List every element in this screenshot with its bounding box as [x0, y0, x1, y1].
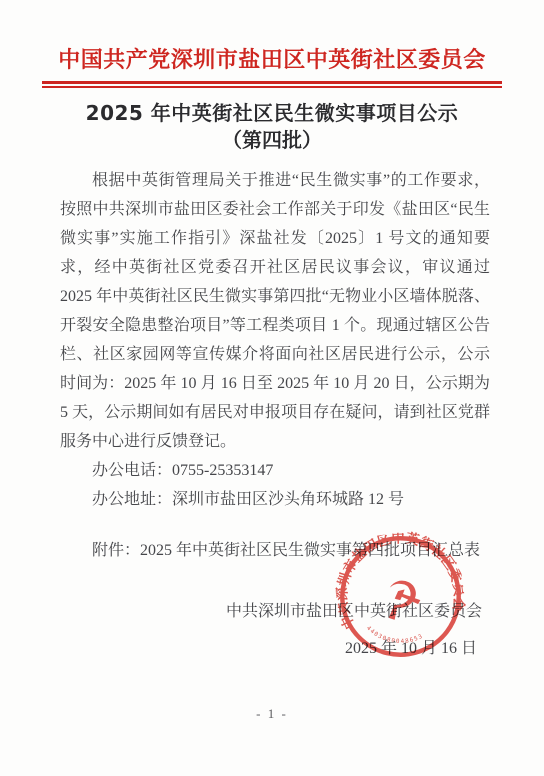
office-phone-value: 0755-25353147: [172, 462, 273, 479]
notice-subtitle: （第四批）: [0, 127, 544, 154]
office-address-value: 深圳市盐田区沙头角环城路 12 号: [172, 491, 404, 508]
office-address-line: 办公地址：深圳市盐田区沙头角环城路 12 号: [60, 485, 490, 514]
page-number: - 1 -: [0, 706, 544, 722]
org-header-title: 中国共产党深圳市盐田区中英街社区委员会: [0, 0, 544, 75]
signature-date: 2025 年 10 月 16 日: [0, 634, 477, 663]
office-address-label: 办公地址：: [92, 491, 172, 508]
body-paragraph: 根据中英街管理局关于推进“民生微实事”的工作要求，按照中共深圳市盐田区委社会工作…: [60, 166, 490, 456]
office-phone-line: 办公电话：0755-25353147: [60, 456, 490, 485]
signature-org: 中共深圳市盐田区中英街社区委员会: [0, 597, 482, 626]
header-divider: [42, 81, 502, 88]
document-page: 中国共产党深圳市盐田区中英街社区委员会 2025 年中英街社区民生微实事项目公示…: [0, 0, 544, 776]
office-phone-label: 办公电话：: [92, 462, 172, 479]
attachment-line: 附件：2025 年中英街社区民生微实事第四批项目汇总表: [60, 536, 490, 565]
notice-title: 2025 年中英街社区民生微实事项目公示: [0, 100, 544, 127]
